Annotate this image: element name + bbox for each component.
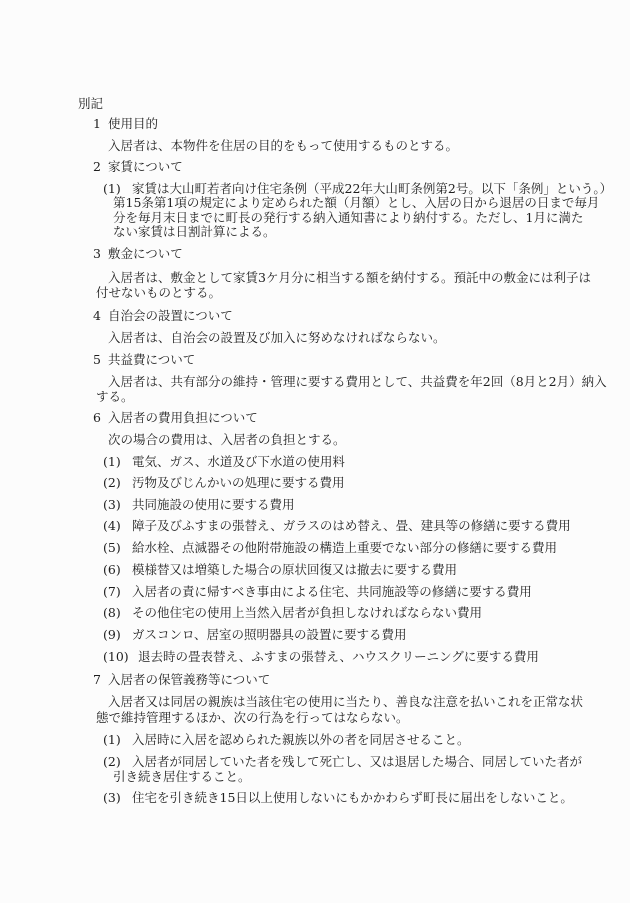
section-number: 6 — [93, 411, 101, 425]
section-number: 7 — [93, 673, 101, 687]
section-body-line: 入居者は、本物件を住居の目的をもって使用するものとする。 — [108, 139, 458, 153]
document-title: 別記 — [78, 97, 103, 111]
item-label: (7) — [103, 585, 121, 599]
document-page: 別記 1 使用目的 入居者は、本物件を住居の目的をもって使用するものとする。 2… — [0, 0, 630, 903]
section-heading: 入居者の保管義務等について — [108, 673, 270, 687]
item-text-line: 障子及びふすまの張替え、ガラスのはめ替え、畳、建具等の修繕に要する費用 — [132, 519, 571, 533]
item-text-line: 分を毎月末日までに町長の発行する納入通知書により納付する。ただし、1月に満た — [113, 211, 552, 225]
item-label: (1) — [103, 182, 121, 196]
item-text-line: 入居時に入居を認められた親族以外の者を同居させること。 — [132, 733, 470, 747]
item-text-line: 共同施設の使用に要する費用 — [132, 498, 295, 512]
section-body-line: 次の場合の費用は、入居者の負担とする。 — [108, 433, 346, 447]
section-heading: 家賃について — [108, 160, 183, 174]
section-body-line: 態で維持管理するほか、次の行為を行ってはならない。 — [96, 711, 409, 725]
item-text-line: 第15条第1項の規定により定められた額（月額）とし、入居の日から退居の日まで毎月 — [113, 196, 552, 210]
item-text-line: 家賃は大山町若者向け住宅条例（平成22年大山町条例第2号。以下「条例」という。） — [132, 182, 552, 196]
section-number: 4 — [93, 309, 101, 323]
item-text-line: 入居者の責に帰すべき事由による住宅、共同施設等の修繕に要する費用 — [132, 585, 532, 599]
item-text-line: 電気、ガス、水道及び下水道の使用料 — [132, 455, 345, 469]
item-text-line: 退去時の畳表替え、ふすまの張替え、ハウスクリーニングに要する費用 — [138, 650, 539, 664]
section-body-line: 付せないものとする。 — [96, 286, 221, 300]
section-number: 3 — [93, 247, 101, 261]
section-body-line: 入居者は、共有部分の維持・管理に要する費用として、共益費を年2回（8月と2月）納… — [108, 375, 552, 389]
item-text-line: 引き続き居住すること。 — [113, 770, 251, 784]
section-number: 1 — [93, 117, 101, 131]
item-label: (5) — [103, 541, 121, 555]
section-heading: 使用目的 — [108, 117, 158, 131]
item-label: (10) — [103, 650, 129, 664]
item-label: (9) — [103, 628, 121, 642]
section-heading: 共益費について — [108, 353, 195, 367]
item-text-line: 入居者が同居していた者を残して死亡し、又は退居した場合、同居していた者が — [132, 755, 552, 769]
section-body-line: 入居者又は同居の親族は当該住宅の使用に当たり、善良な注意を払いこれを正常な状 — [108, 695, 552, 709]
section-heading: 自治会の設置について — [108, 309, 233, 323]
item-label: (4) — [103, 519, 121, 533]
item-label: (1) — [103, 733, 121, 747]
item-label: (3) — [103, 498, 121, 512]
section-body-line: する。 — [96, 390, 134, 404]
item-text-line: 汚物及びじんかいの処理に要する費用 — [132, 476, 345, 490]
section-number: 2 — [93, 160, 101, 174]
item-label: (3) — [103, 791, 121, 805]
item-label: (8) — [103, 606, 121, 620]
section-body-line: 入居者は、敷金として家賃3ケ月分に相当する額を納付する。預託中の敷金には利子は — [108, 271, 552, 285]
section-number: 5 — [93, 353, 101, 367]
item-text-line: 模様替又は増築した場合の原状回復又は撤去に要する費用 — [132, 563, 457, 577]
item-label: (2) — [103, 755, 121, 769]
item-text-line: 給水栓、点滅器その他附帯施設の構造上重要でない部分の修繕に要する費用 — [132, 541, 557, 555]
item-label: (1) — [103, 455, 121, 469]
section-heading: 入居者の費用負担について — [108, 411, 258, 425]
item-text-line: 住宅を引き続き15日以上使用しないにもかかわらず町長に届出をしないこと。 — [132, 791, 573, 805]
item-label: (2) — [103, 476, 121, 490]
item-text-line: ない家賃は日割計算による。 — [113, 225, 276, 239]
section-body-line: 入居者は、自治会の設置及び加入に努めなければならない。 — [108, 331, 446, 345]
item-text-line: その他住宅の使用上当然入居者が負担しなければならない費用 — [132, 606, 482, 620]
item-text-line: ガスコンロ、居室の照明器具の設置に要する費用 — [132, 628, 407, 642]
section-heading: 敷金について — [108, 247, 183, 261]
item-label: (6) — [103, 563, 121, 577]
